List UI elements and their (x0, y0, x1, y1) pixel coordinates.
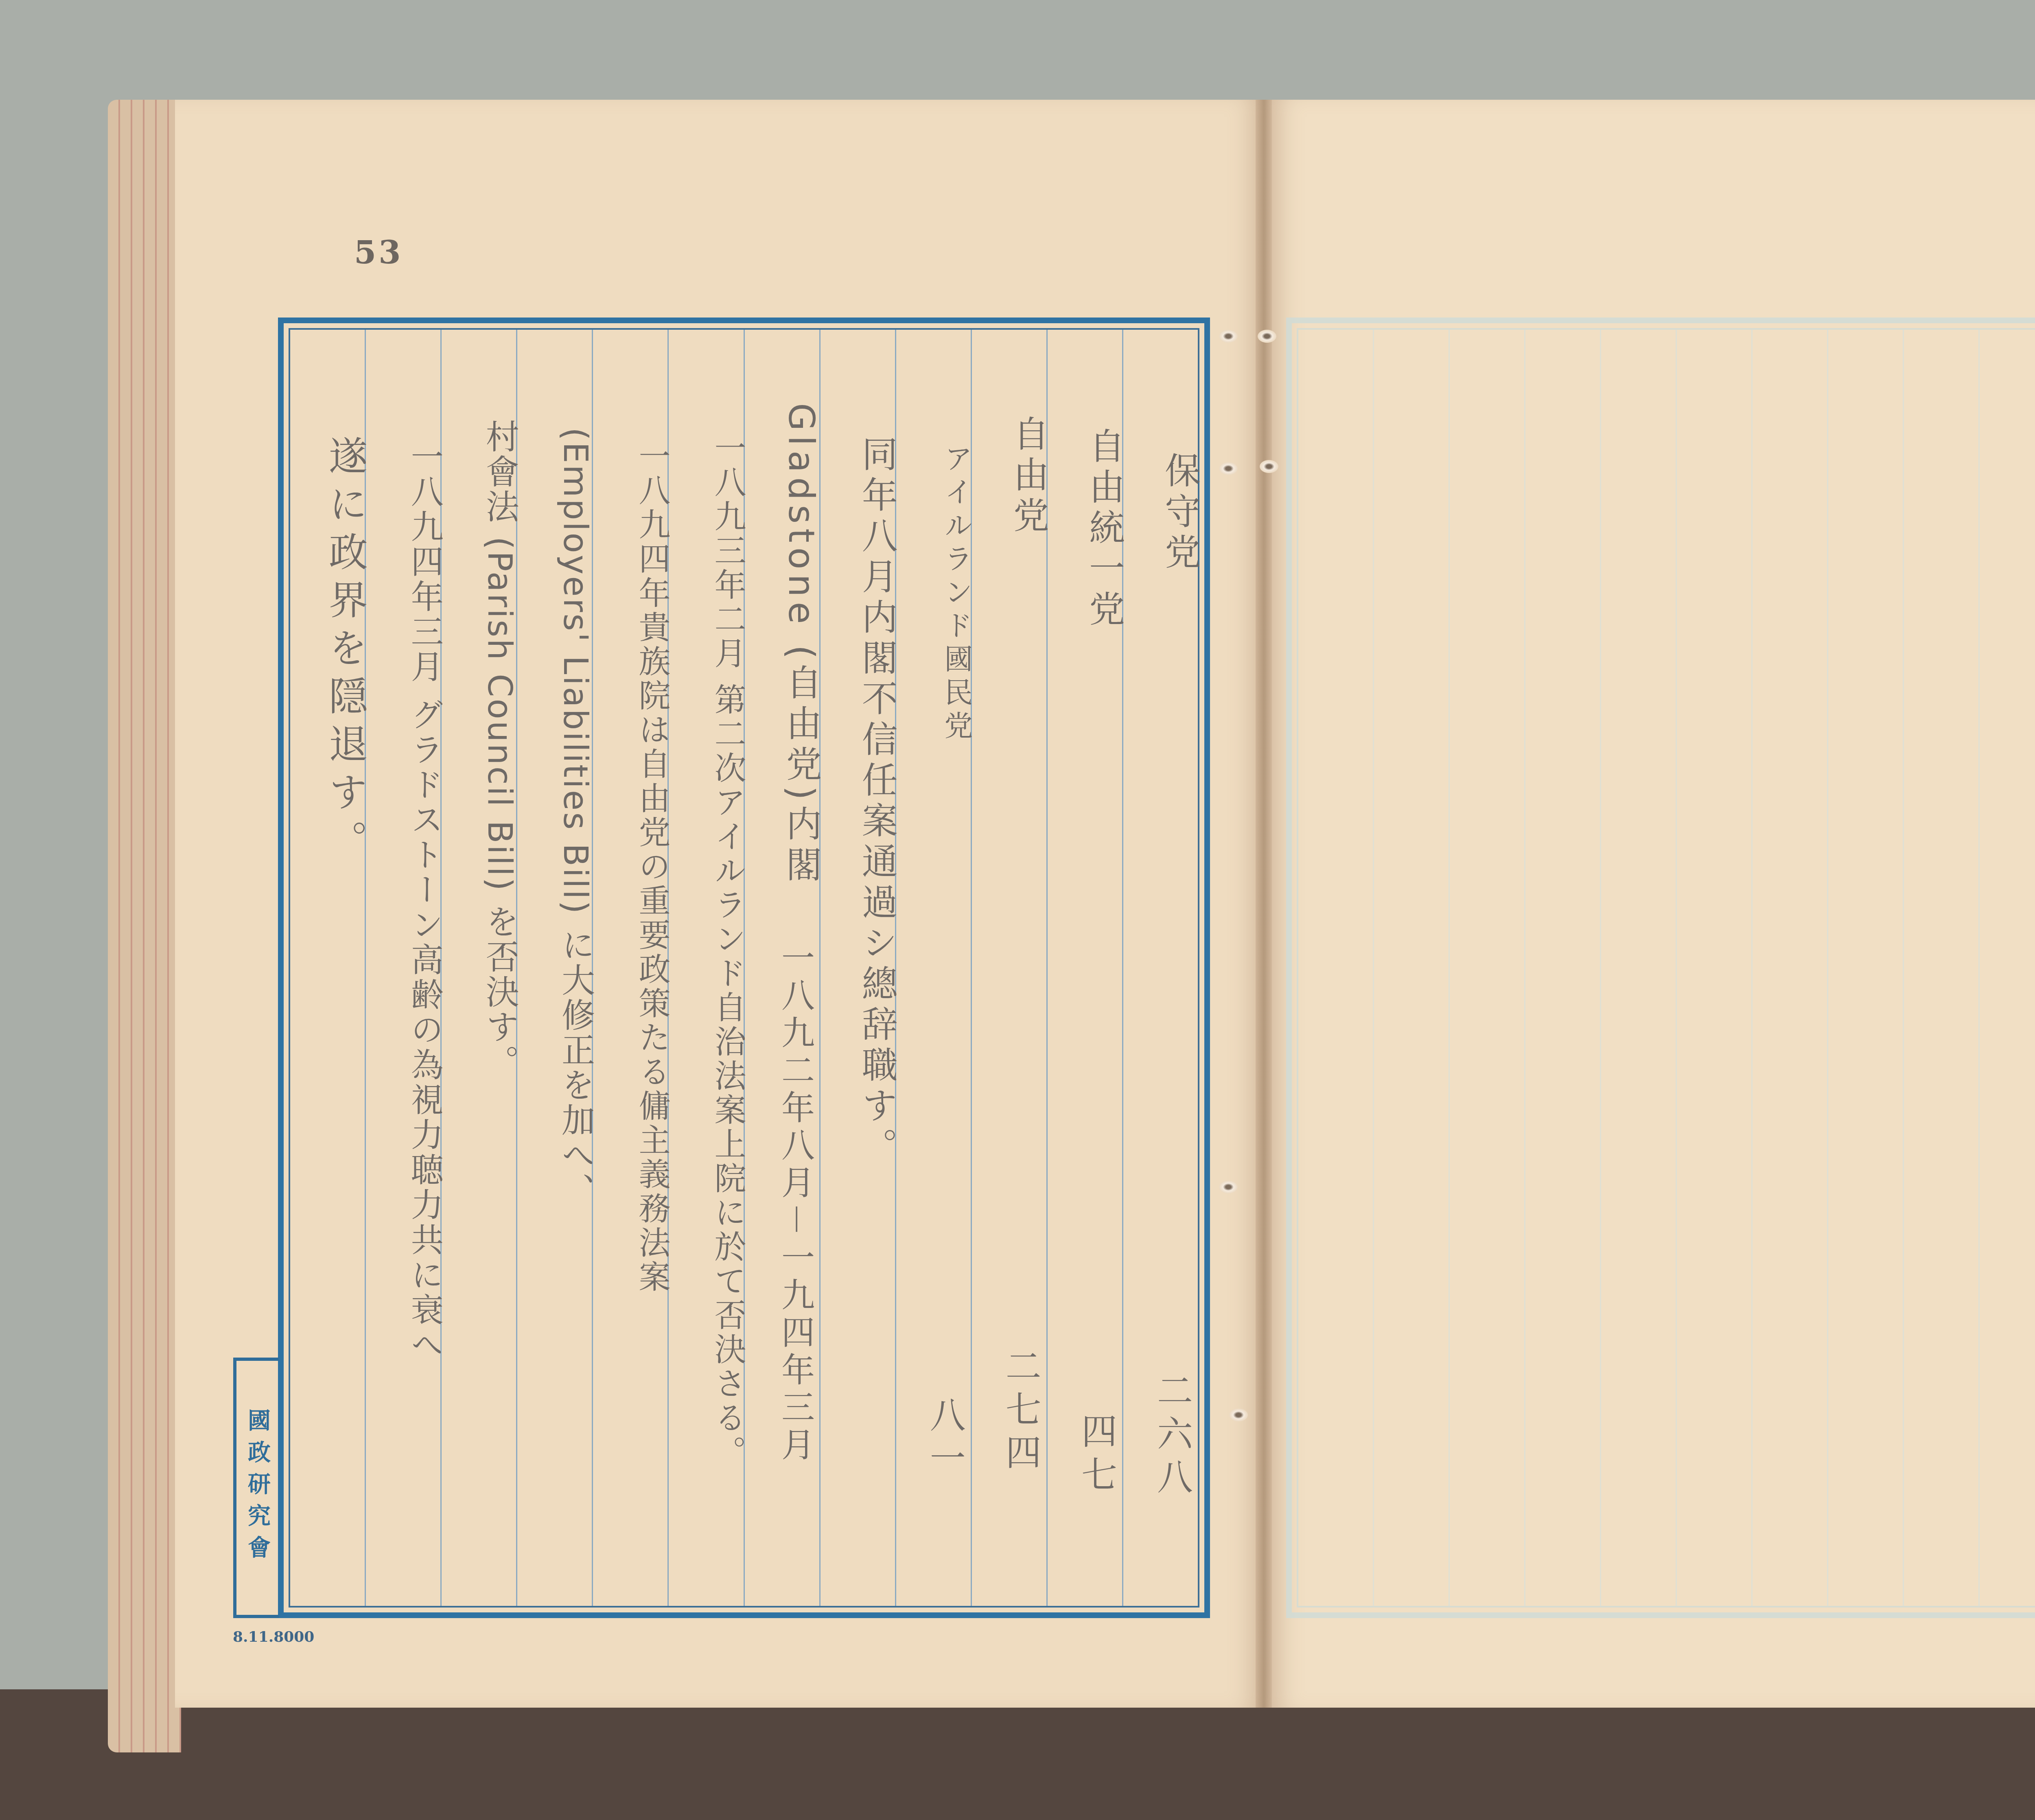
column-12: 遂に政界を隠退す。 (290, 330, 365, 1606)
binding-hole-icon (1219, 1180, 1238, 1194)
page-number: 53 (354, 234, 403, 271)
column-4: アイルランド國民党 八一 (895, 330, 971, 1606)
seat-count: 二七四 (972, 1347, 1046, 1477)
party-name: 保守党 (1123, 452, 1198, 574)
note-text: 一八九三年二月 第二次アイルランド自治法案上院に於て否決さる。 (669, 431, 743, 1470)
seat-count: 二六八 (1123, 1372, 1198, 1501)
binding-hole-icon (1258, 330, 1276, 343)
column-5: 同年八月内閣不信任案通過シ總辞職す。 (819, 330, 895, 1606)
column-8: 一八九四年貴族院は自由党の重要政策たる傭主義務法案 (592, 330, 667, 1606)
column-1: 保守党 二六八 (1122, 330, 1198, 1606)
column-11: 一八九四年三月 グラドストーン高齢の為視力聴力共に衰へ (365, 330, 440, 1606)
note-text: (Employers' Liabilities Bill) に大修正を加へ、 (517, 427, 592, 1208)
publisher-label-text: 國政研究會 (241, 1408, 274, 1567)
note-text: 村會法 (Parish Council Bill) を否決す。 (442, 419, 516, 1080)
print-code: 8.11.8000 (233, 1628, 314, 1645)
column-7: 一八九三年二月 第二次アイルランド自治法案上院に於て否決さる。 (667, 330, 743, 1606)
show-through-frame (1286, 318, 2035, 1618)
ruled-frame: 保守党 二六八 自由統一党 四七 自由党 二七四 アイルランド國民党 八一 同年… (278, 318, 1210, 1618)
party-name: アイルランド國民党 (896, 444, 971, 744)
binding-hole-icon (1229, 1408, 1248, 1421)
note-text: 遂に政界を隠退す。 (290, 436, 365, 868)
binding-hole-icon (1219, 330, 1238, 343)
column-6: Gladstone (自由党)内閣 一八九二年八月－一九四年三月 (744, 330, 819, 1606)
note-text: 一八九四年貴族院は自由党の重要政策たる傭主義務法案 (593, 440, 667, 1294)
party-name: 自由党 (972, 415, 1046, 537)
page-stack-edge-left (108, 100, 181, 1752)
note-text: 同年八月内閣不信任案通過シ總辞職す。 (821, 436, 895, 1168)
binding-hole-icon (1219, 462, 1238, 475)
show-through-columns (1297, 328, 2035, 1608)
cabinet-dates: 一八九二年八月－一九四年三月 (745, 940, 819, 1465)
publisher-label: 國政研究會 (233, 1358, 279, 1618)
note-text: 一八九四年三月 グラドストーン高齢の為視力聴力共に衰へ (366, 440, 440, 1362)
cabinet-name: Gladstone (自由党)内閣 (745, 403, 819, 886)
column-3: 自由党 二七四 (971, 330, 1046, 1606)
seat-count: 八一 (896, 1396, 971, 1483)
table-surface (0, 1689, 2035, 1820)
column-10: 村會法 (Parish Council Bill) を否決す。 (440, 330, 516, 1606)
seat-count: 四七 (1048, 1413, 1122, 1499)
column-9: (Employers' Liabilities Bill) に大修正を加へ、 (516, 330, 592, 1606)
binding-hole-icon (1260, 460, 1278, 473)
party-name: 自由統一党 (1048, 427, 1122, 631)
column-2: 自由統一党 四七 (1046, 330, 1122, 1606)
ruled-columns: 保守党 二六八 自由統一党 四七 自由党 二七四 アイルランド國民党 八一 同年… (289, 328, 1199, 1608)
